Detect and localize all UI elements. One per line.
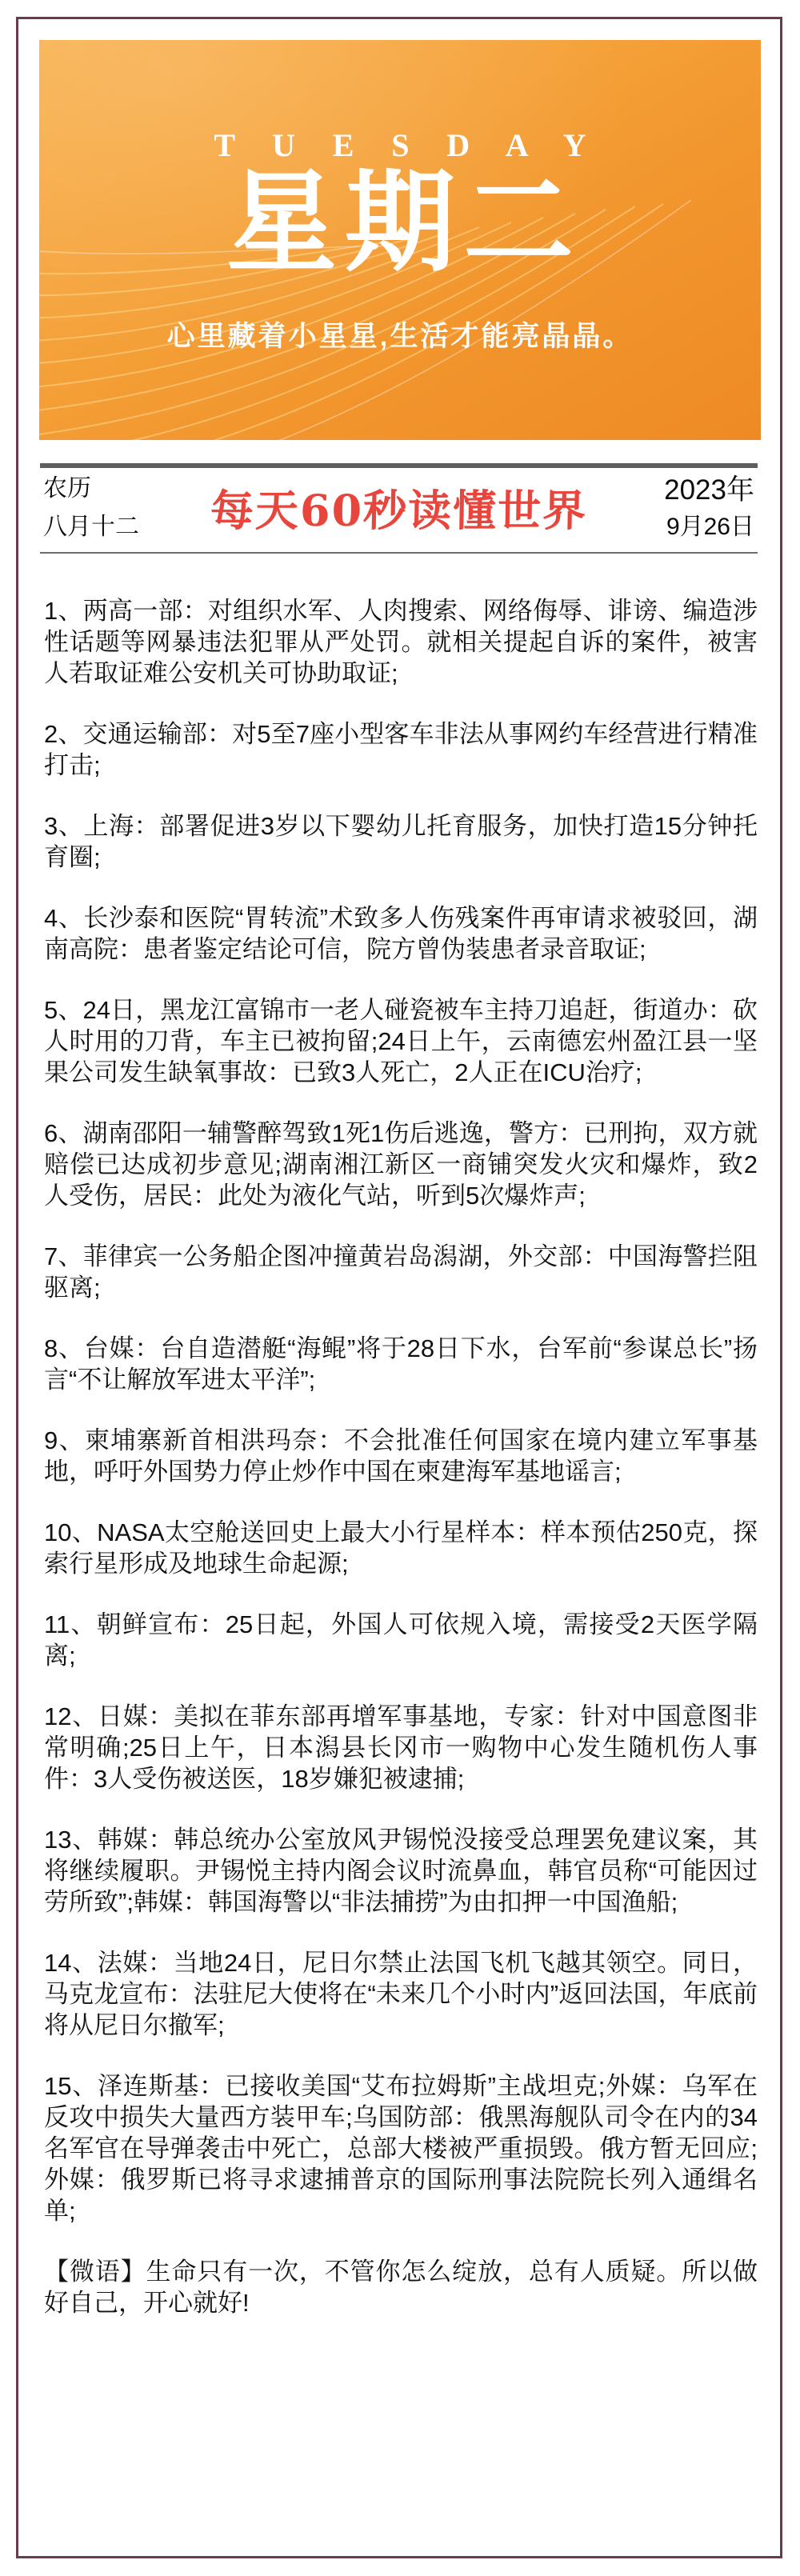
weekday-chinese-title: 星期二 bbox=[218, 165, 582, 281]
footer-quote: 【微语】生命只有一次，不管你怎么绽放，总有人质疑。所以做好自己，开心就好! bbox=[44, 2256, 758, 2318]
banner-subtitle: 心里藏着小星星,生活才能亮晶晶。 bbox=[167, 322, 634, 350]
news-item-10: 10、NASA太空舱送回史上最大小行星样本：样本预估250克，探索行星形成及地球… bbox=[44, 1517, 758, 1579]
year-label: 2023年 bbox=[664, 476, 754, 504]
news-item-2: 2、交通运输部：对5至7座小型客车非法从事网约车经营进行精准打击; bbox=[44, 718, 758, 781]
news-item-15: 15、泽连斯基：已接收美国“艾布拉姆斯”主战坦克;外媒：乌军在反攻中损失大量西方… bbox=[44, 2070, 758, 2226]
news-item-3: 3、上海：部署促进3岁以下婴幼儿托育服务，加快打造15分钟托育圈; bbox=[44, 810, 758, 873]
news-item-5: 5、24日，黑龙江富锦市一老人碰瓷被车主持刀追赶，街道办：砍人时用的刀背，车主已… bbox=[44, 994, 758, 1088]
date-bar: 农历 八月十二 每天60秒读懂世界 2023年 9月26日 bbox=[40, 463, 758, 554]
date-label: 9月26日 bbox=[666, 515, 754, 539]
page-frame: T U E S D A Y 星期二 心里藏着小星星,生活才能亮晶晶。 农历 八月… bbox=[16, 17, 782, 2558]
news-list: 1、两高一部：对组织水军、人肉搜索、网络侮辱、诽谤、编造涉性话题等网暴违法犯罪从… bbox=[44, 595, 758, 2318]
news-item-7: 7、菲律宾一公务船企图冲撞黄岩岛潟湖，外交部：中国海警拦阻驱离; bbox=[44, 1241, 758, 1303]
banner-content: T U E S D A Y 星期二 心里藏着小星星,生活才能亮晶晶。 bbox=[39, 40, 761, 440]
news-item-1: 1、两高一部：对组织水军、人肉搜索、网络侮辱、诽谤、编造涉性话题等网暴违法犯罪从… bbox=[44, 595, 758, 689]
daily-news-title: 每天60秒读懂世界 bbox=[210, 484, 587, 532]
header-banner: T U E S D A Y 星期二 心里藏着小星星,生活才能亮晶晶。 bbox=[39, 40, 761, 440]
news-item-11: 11、朝鲜宣布：25日起，外国人可依规入境，需接受2天医学隔离; bbox=[44, 1609, 758, 1671]
news-item-13: 13、韩媒：韩总统办公室放风尹锡悦没接受总理罢免建议案，其将继续履职。尹锡悦主持… bbox=[44, 1824, 758, 1918]
lunar-label: 农历 bbox=[43, 477, 179, 501]
news-item-4: 4、长沙泰和医院“胃转流”术致多人伤残案件再审请求被驳回，湖南高院：患者鉴定结论… bbox=[44, 902, 758, 965]
lunar-date: 八月十二 bbox=[43, 515, 179, 539]
news-item-8: 8、台媒：台自造潜艇“海鲲”将于28日下水，台军前“参谋总长”扬言“不让解放军进… bbox=[44, 1333, 758, 1395]
lunar-date-block: 农历 八月十二 bbox=[43, 477, 179, 539]
news-item-14: 14、法媒：当地24日，尼日尔禁止法国飞机飞越其领空。同日，马克龙宣布：法驻尼大… bbox=[44, 1947, 758, 2041]
gregorian-date-block: 2023年 9月26日 bbox=[618, 476, 754, 539]
news-item-9: 9、柬埔寨新首相洪玛奈：不会批准任何国家在境内建立军事基地，呼吁外国势力停止炒作… bbox=[44, 1425, 758, 1487]
news-item-12: 12、日媒：美拟在菲东部再增军事基地，专家：针对中国意图非常明确;25日上午，日… bbox=[44, 1701, 758, 1794]
news-item-6: 6、湖南邵阳一辅警醉驾致1死1伤后逃逸，警方：已刑拘，双方就赔偿已达成初步意见;… bbox=[44, 1118, 758, 1211]
